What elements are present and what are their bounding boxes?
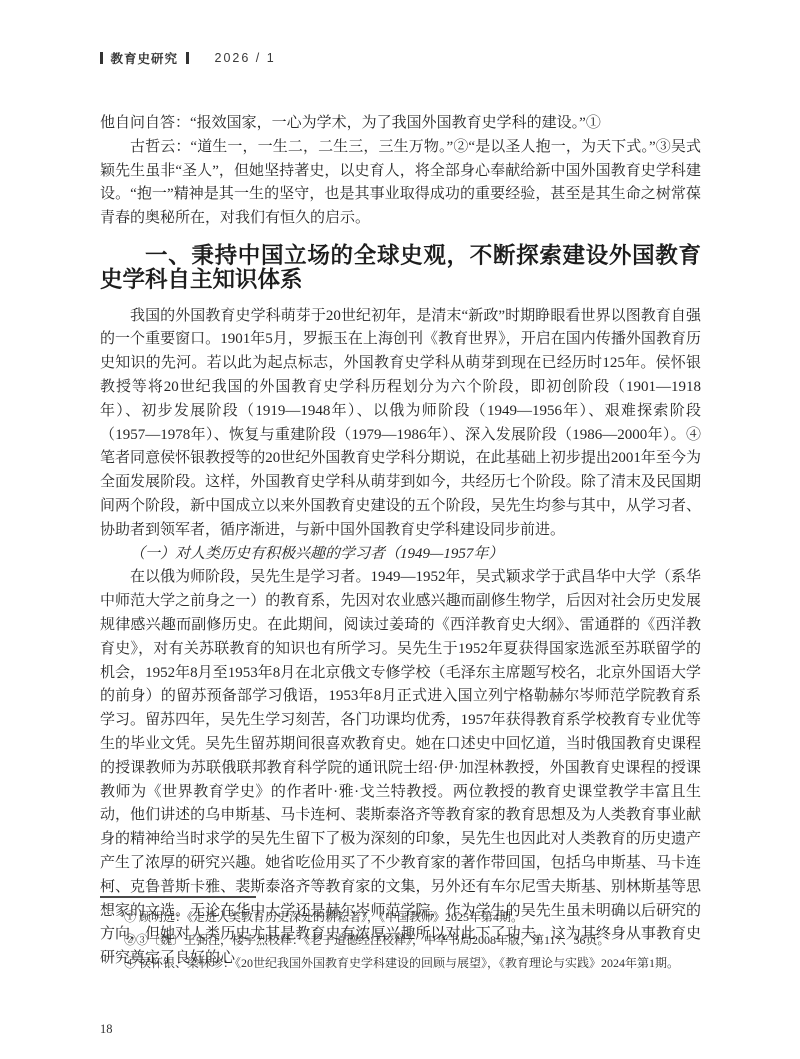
journal-title: 教育史研究 — [111, 49, 179, 67]
paragraph-quote: 古哲云：“道生一，一生二，二生三，三生万物。”②“是以圣人抱一，为天下式。”③吴… — [100, 136, 701, 231]
footnote-2: ②③〔魏〕王弼注，楼宇烈校释：《老子道德经注校释》，中华书局2008年版，第11… — [100, 929, 701, 952]
journal-page: 教育史研究 2026 / 1 他自问自答：“报效国家，一心为学术，为了我国外国教… — [0, 0, 800, 1059]
paragraph-continuation: 他自问自答：“报效国家，一心为学术，为了我国外国教育史学科的建设。”① — [100, 112, 701, 136]
header-bar-icon — [186, 52, 189, 64]
footnote-1: ① 顾明远：《走进人类教育历史深处的耕耘者》，《中国教师》2025年第4期。 — [100, 906, 701, 929]
footnote-3: ④ 侯怀银、梁林珍：《20世纪我国外国教育史学科建设的回顾与展望》，《教育理论与… — [100, 952, 701, 975]
page-number: 18 — [100, 1022, 113, 1037]
subsection-heading: （一）对人类历史有积极兴趣的学习者（1949—1957年） — [100, 543, 701, 567]
header-bar-icon — [100, 52, 103, 64]
footnotes-section: ① 顾明远：《走进人类教育历史深处的耕耘者》，《中国教师》2025年第4期。 ②… — [100, 896, 701, 975]
issue-label: 2026 / 1 — [215, 51, 276, 65]
section-heading: 一、秉持中国立场的全球史观，不断探索建设外国教育史学科自主知识体系 — [100, 244, 701, 292]
page-header: 教育史研究 2026 / 1 — [100, 49, 276, 67]
paragraph-discipline-history: 我国的外国教育史学科萌芽于20世纪初年，是清末“新政”时期睁眼看世界以图教育自强… — [100, 305, 701, 543]
footnote-divider — [100, 896, 256, 898]
article-body: 他自问自答：“报效国家，一心为学术，为了我国外国教育史学科的建设。”① 古哲云：… — [100, 112, 701, 971]
